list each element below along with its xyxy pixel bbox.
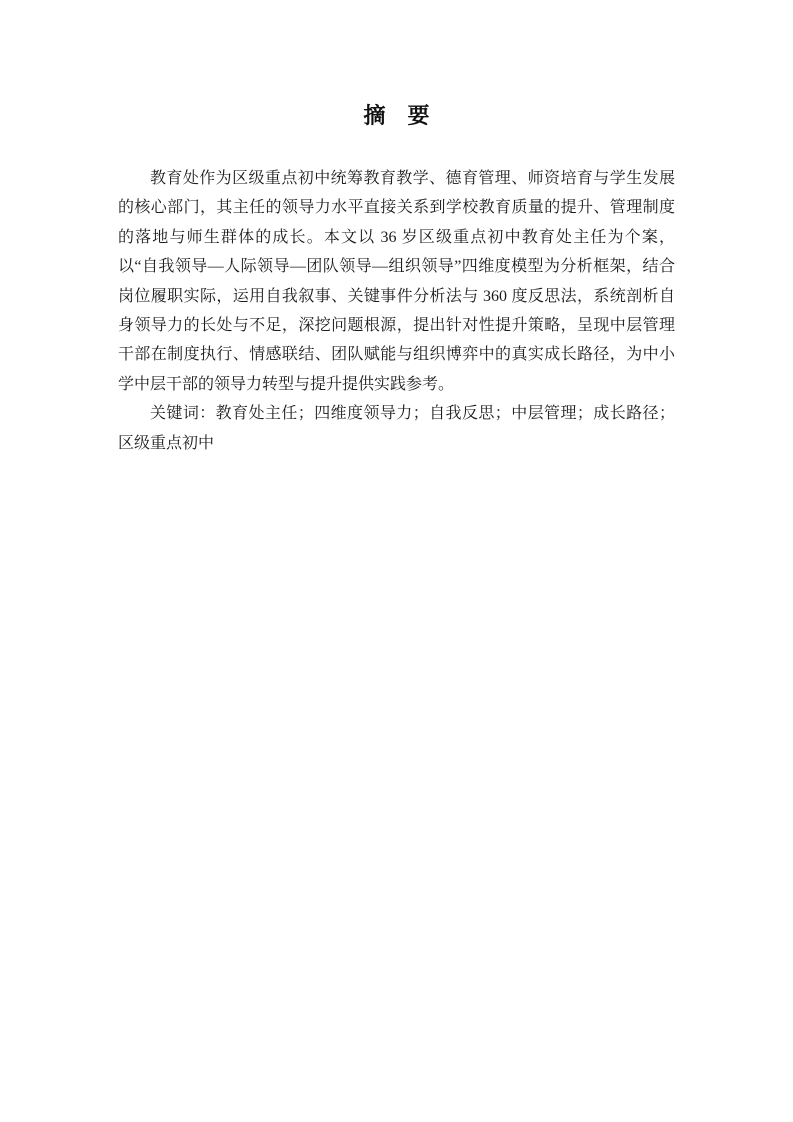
abstract-paragraph: 教育处作为区级重点初中统筹教育教学、德育管理、师资培育与学生发展的核心部门，其主…: [118, 164, 675, 399]
abstract-body: 教育处作为区级重点初中统筹教育教学、德育管理、师资培育与学生发展的核心部门，其主…: [118, 164, 675, 458]
abstract-title: 摘 要: [118, 104, 675, 128]
document-page: 摘 要 教育处作为区级重点初中统筹教育教学、德育管理、师资培育与学生发展的核心部…: [0, 0, 793, 1122]
keywords-paragraph: 关键词：教育处主任；四维度领导力；自我反思；中层管理；成长路径；区级重点初中: [118, 399, 675, 458]
